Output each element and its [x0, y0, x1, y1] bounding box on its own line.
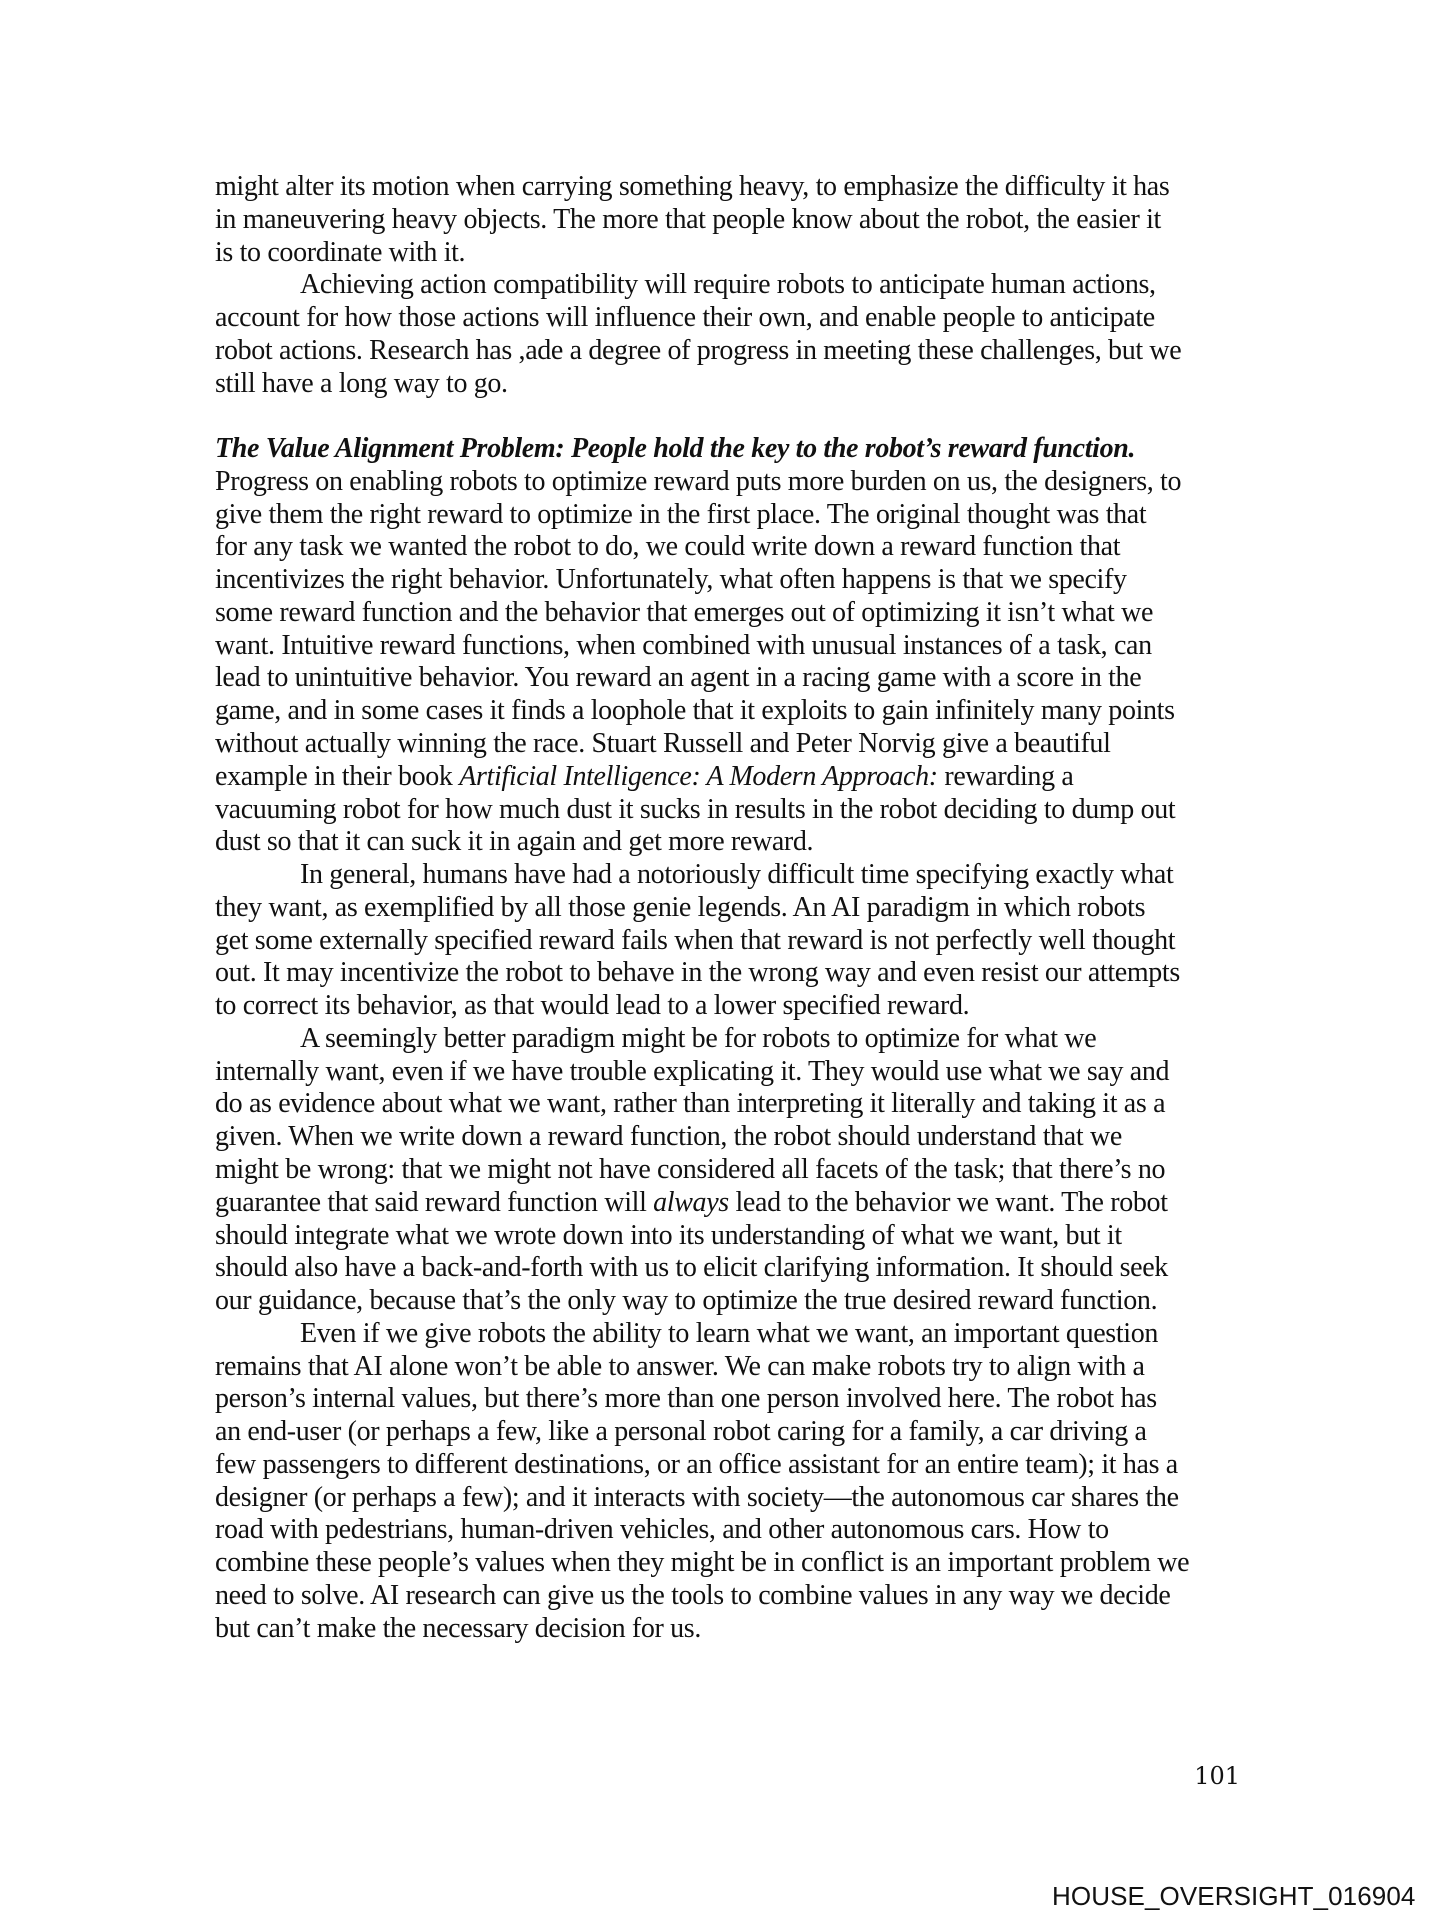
text-segment: example in their book	[215, 761, 459, 792]
text-line: want. Intuitive reward functions, when c…	[215, 630, 1245, 663]
text-line: dust so that it can suck it in again and…	[215, 826, 1245, 859]
text-line: incentivizes the right behavior. Unfortu…	[215, 564, 1245, 597]
text-line: internally want, even if we have trouble…	[215, 1056, 1245, 1089]
text-line: person’s internal values, but there’s mo…	[215, 1383, 1245, 1416]
section-heading: The Value Alignment Problem: People hold…	[215, 433, 1245, 466]
text-line: for any task we wanted the robot to do, …	[215, 531, 1245, 564]
text-line: out. It may incentivize the robot to beh…	[215, 957, 1245, 990]
text-line: A seemingly better paradigm might be for…	[215, 1023, 1245, 1056]
body-text: might alter its motion when carrying som…	[215, 171, 1245, 1645]
text-line: get some externally specified reward fai…	[215, 925, 1245, 958]
text-line: need to solve. AI research can give us t…	[215, 1580, 1245, 1613]
page-number: 101	[1190, 1762, 1240, 1790]
text-line: account for how those actions will influ…	[215, 302, 1245, 335]
text-line: without actually winning the race. Stuar…	[215, 728, 1245, 761]
text-line: robot actions. Research has ,ade a degre…	[215, 335, 1245, 368]
blank-line	[215, 400, 1245, 433]
text-segment: rewarding a	[938, 761, 1074, 792]
text-line: vacuuming robot for how much dust it suc…	[215, 794, 1245, 827]
text-line: they want, as exemplified by all those g…	[215, 892, 1245, 925]
text-line: designer (or perhaps a few); and it inte…	[215, 1482, 1245, 1515]
text-line: guarantee that said reward function will…	[215, 1187, 1245, 1220]
text-line: do as evidence about what we want, rathe…	[215, 1088, 1245, 1121]
document-page: might alter its motion when carrying som…	[0, 0, 1453, 1920]
text-line: our guidance, because that’s the only wa…	[215, 1285, 1245, 1318]
text-line: some reward function and the behavior th…	[215, 597, 1245, 630]
book-title: Artificial Intelligence: A Modern Approa…	[459, 761, 937, 792]
bates-number: HOUSE_OVERSIGHT_016904	[1052, 1881, 1415, 1912]
text-line: Even if we give robots the ability to le…	[215, 1318, 1245, 1351]
text-line: Progress on enabling robots to optimize …	[215, 466, 1245, 499]
text-segment: guarantee that said reward function will	[215, 1187, 653, 1218]
text-line: might be wrong: that we might not have c…	[215, 1154, 1245, 1187]
text-line: still have a long way to go.	[215, 368, 1245, 401]
text-line: to correct its behavior, as that would l…	[215, 990, 1245, 1023]
text-line: is to coordinate with it.	[215, 237, 1245, 270]
text-line: should also have a back-and-forth with u…	[215, 1252, 1245, 1285]
text-line: road with pedestrians, human-driven vehi…	[215, 1514, 1245, 1547]
text-segment: lead to the behavior we want. The robot	[729, 1187, 1168, 1218]
text-line: Achieving action compatibility will requ…	[215, 269, 1245, 302]
text-line: lead to unintuitive behavior. You reward…	[215, 662, 1245, 695]
text-line: few passengers to different destinations…	[215, 1449, 1245, 1482]
text-line: game, and in some cases it finds a looph…	[215, 695, 1245, 728]
text-line: give them the right reward to optimize i…	[215, 499, 1245, 532]
text-line: remains that AI alone won’t be able to a…	[215, 1351, 1245, 1384]
text-line: example in their book Artificial Intelli…	[215, 761, 1245, 794]
text-line: should integrate what we wrote down into…	[215, 1220, 1245, 1253]
text-line: might alter its motion when carrying som…	[215, 171, 1245, 204]
text-line: given. When we write down a reward funct…	[215, 1121, 1245, 1154]
text-line: an end-user (or perhaps a few, like a pe…	[215, 1416, 1245, 1449]
text-line: combine these people’s values when they …	[215, 1547, 1245, 1580]
emphasis: always	[653, 1187, 729, 1218]
text-line: In general, humans have had a notoriousl…	[215, 859, 1245, 892]
text-line: in maneuvering heavy objects. The more t…	[215, 204, 1245, 237]
text-line: but can’t make the necessary decision fo…	[215, 1613, 1245, 1646]
